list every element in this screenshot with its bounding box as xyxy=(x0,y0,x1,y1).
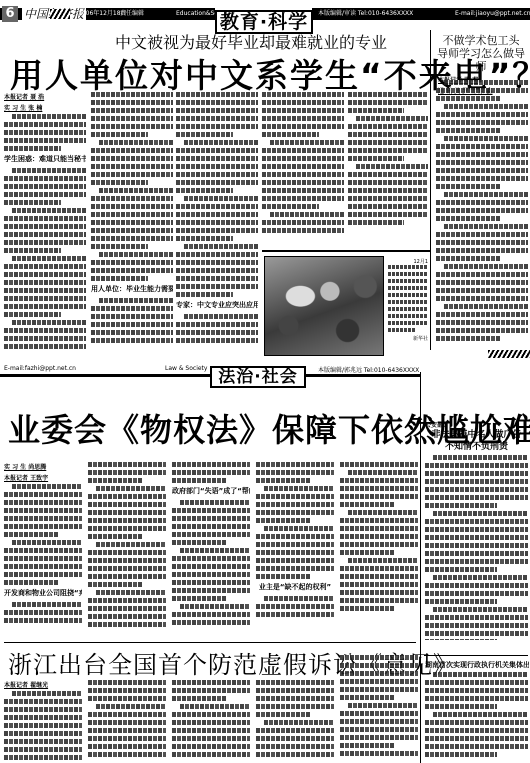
law-section-title: 法治·社会 xyxy=(210,366,306,388)
section-contact: 本版编辑/审读 Tel:010-6436XXXX xyxy=(318,9,413,19)
law-column-5 xyxy=(340,462,418,632)
law-header-bar-left xyxy=(0,374,210,377)
bottom-column-2 xyxy=(88,680,166,763)
law-sidebar-body xyxy=(425,455,528,640)
law-byline-1: 实 习 生 尚思腾 xyxy=(4,462,82,471)
law-contact: 本版编辑/郭兆远 Tel:010-6436XXXX xyxy=(318,365,419,374)
lead-column-1: 本报记者 聂 浩 实 习 生 张 楠 学生困惑：难道只能当秘书吗？ xyxy=(4,92,86,360)
bottom-story-rule xyxy=(4,642,416,643)
page-number: 6 xyxy=(2,6,18,22)
sidebar-headline-line1: 不做学术包工头 xyxy=(434,34,528,47)
news-photo-students-in-garden xyxy=(264,256,384,356)
lead-byline-2: 实 习 生 张 楠 xyxy=(4,103,86,112)
law-sidebar-headline-2: 不知情不负刑责 xyxy=(425,441,528,453)
law-email: E-mail:fazhi@ppt.net.cn xyxy=(4,365,76,372)
law-subhead-2: 政府部门“失语”成了“帮凶” xyxy=(172,486,250,496)
law-header-bar-right xyxy=(306,374,420,377)
page-header: 6 中国经济报 2006年12月18日 责任编辑 Education&Scien… xyxy=(0,8,530,20)
law-column-2 xyxy=(88,462,166,632)
lead-subhead-3: 专家：中文专业应突出应用型 xyxy=(176,300,258,310)
caption-date: 12月1 xyxy=(388,258,428,265)
law-subhead-1: 开发商和物业公司阻挠“弃聘” xyxy=(4,588,82,598)
law-section-english: Law & Society xyxy=(165,365,207,372)
law-sidebar-label: 公安部： xyxy=(425,420,528,429)
lead-column-3: 专家：中文专业应突出应用型 xyxy=(176,92,258,360)
bottom-column-1: 本报记者 翟继光 xyxy=(4,680,82,763)
bottom-sidebar-body xyxy=(425,672,528,763)
law-column-4: 业主是“缺不起的权利” xyxy=(256,462,334,632)
sidebar-body xyxy=(436,80,528,350)
editor-label: 责任编辑 xyxy=(120,9,144,19)
law-column-3: 政府部门“失语”成了“帮凶” xyxy=(172,462,250,632)
lead-byline-1: 本报记者 聂 浩 xyxy=(4,92,86,101)
bottom-column-3 xyxy=(172,680,250,763)
caption-credit: 新华社 xyxy=(388,335,428,342)
section-email: E-mail:jiaoyu@ppt.net.cn xyxy=(455,9,530,19)
law-column-1: 实 习 生 尚思腾 本报记者 王致宇 开发商和物业公司阻挠“弃聘” xyxy=(4,462,82,632)
lead-subhead-2: 用人单位：毕业生能力需要提升 xyxy=(91,284,173,294)
bottom-sidebar-headline: 湖南首次实现行政执行机关集体出庭应诉 xyxy=(425,660,529,670)
decorative-stripes-corner xyxy=(488,350,530,358)
sidebar-headline-line2: 导师学习怎么做导师 xyxy=(434,47,528,73)
law-byline-2: 本报记者 王致宇 xyxy=(4,473,82,482)
lead-column-5 xyxy=(348,92,428,242)
column-divider xyxy=(430,30,431,350)
bottom-byline: 本报记者 翟继光 xyxy=(4,680,82,689)
law-sidebar: 公安部： 非法集资中名人做广告 不知情不负刑责 xyxy=(425,420,528,453)
bottom-column-4 xyxy=(256,680,334,763)
photo-top-rule xyxy=(262,250,430,252)
law-sidebar-headline-1: 非法集资中名人做广告 xyxy=(425,429,528,441)
lead-column-4 xyxy=(262,92,344,242)
lead-subhead-1: 学生困惑：难道只能当秘书吗？ xyxy=(4,154,86,164)
lead-column-2: 用人单位：毕业生能力需要提升 xyxy=(91,92,173,360)
photo-caption: 12月1 新华社 xyxy=(388,258,428,350)
bottom-column-5 xyxy=(340,655,418,763)
law-subhead-3: 业主是“缺不起的权利” xyxy=(256,582,334,592)
decorative-stripes xyxy=(50,9,70,19)
